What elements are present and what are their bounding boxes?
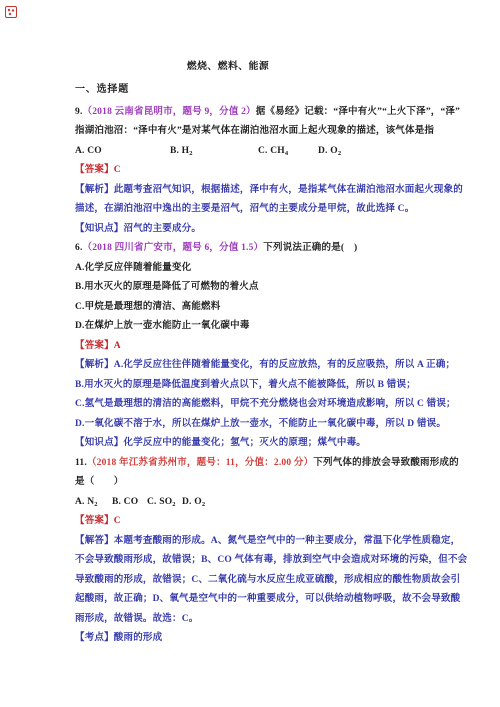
section-heading: 一、选择题 xyxy=(75,80,431,100)
q11-stem: 下列气体的排放会导致酸雨形成的 xyxy=(313,458,459,468)
q9-option-b: B. H2 xyxy=(170,142,258,164)
q6-option-a: A.化学反应伴随着能量变化 xyxy=(75,259,431,279)
q11-option-b: B. CO xyxy=(112,493,147,515)
q11-explanation-line: 导致酸雨的形成，故错误；C、二氧化硫与水反应生成亚硫酸，形成相应的酸性物质故会引 xyxy=(75,571,431,591)
q11-citation: （2018 年江苏省苏州市，题号：11，分值：2.00 分） xyxy=(87,458,313,468)
q9-options-row: A. COB. H2C. CH4D. O2 xyxy=(75,142,431,162)
q9-knowledge-point: 【知识点】沼气的主要成分。 xyxy=(75,220,431,240)
q11-explanation-line: 【解答】本题考查酸雨的形成。A、氮气是空气中的一种主要成分，常温下化学性质稳定， xyxy=(75,532,431,552)
q11-exam-point: 【考点】酸雨的形成 xyxy=(75,629,431,649)
q9-option-c: C. CH4 xyxy=(258,142,318,164)
q9-stem: 据《易经》记载：“泽中有火”“上火下泽”，“泽” xyxy=(256,107,460,117)
q11-option-d: D. O2 xyxy=(182,493,205,515)
q6-analysis-line: D.一氧化碳不溶于水，所以在煤炉上放一壶水，不能防止一氧化碳中毒，所以 D 错误… xyxy=(75,415,431,435)
q9-analysis-line: 描述，在湖泊池沼中逸出的主要是沼气，沼气的主要成分是甲烷，故此选择 C。 xyxy=(75,200,431,220)
q11-explanation-line: 起酸雨，故正确；D、氧气是空气中的一种重要成分，可以供给动植物呼吸，故不会导致酸 xyxy=(75,590,431,610)
q9-stem-line-2: 指湖泊池沼：“泽中有火”是对某气体在湖泊池沼水面上起火现象的描述，该气体是指 xyxy=(75,122,431,142)
q9-option-d: D. O2 xyxy=(318,142,341,164)
q11-option-a: A. N2 xyxy=(75,493,112,515)
page-title: 燃烧、燃料、能源 xyxy=(75,57,431,77)
q6-option-b: B.用水灭火的原理是降低了可燃物的着火点 xyxy=(75,278,431,298)
q6-answer: 【答案】A xyxy=(75,337,431,357)
q11-explanation-line: 不会导致酸雨形成，故错误；B、CO 气体有毒，排放到空气中会造成对环境的污染，但… xyxy=(75,551,431,571)
q6-citation: （2018 四川省广安市，题号 6，分值 1.5） xyxy=(83,243,264,253)
q6-option-c: C.甲烷是最理想的清洁、高能燃料 xyxy=(75,298,431,318)
q6-knowledge-point: 【知识点】化学反应中的能量变化；氢气；灭火的原理；煤气中毒。 xyxy=(75,434,431,454)
q9-analysis-line: 【解析】此题考查沼气知识，根据描述，泽中有火，是指某气体在湖泊池沼水面起火现象的 xyxy=(75,181,431,201)
q6-analysis-line: C.氢气是最理想的清洁的高能燃料，甲烷不充分燃烧也会对环境造成影响，所以 C 错… xyxy=(75,395,431,415)
q6-option-d: D.在煤炉上放一壶水能防止一氧化碳中毒 xyxy=(75,317,431,337)
q6-analysis-line: B.用水灭火的原理是降低温度到着火点以下，着火点不能被降低，所以 B 错误； xyxy=(75,376,431,396)
corner-stamp-icon xyxy=(5,6,17,18)
document-content: 燃烧、燃料、能源 一、选择题 9.（2018 云南省昆明市，题号 9，分值 2）… xyxy=(0,0,431,649)
q11-stem-line-2: 是（ ） xyxy=(75,473,431,493)
q9-citation: （2018 云南省昆明市，题号 9，分值 2） xyxy=(83,107,256,117)
q6-number: 6. xyxy=(75,243,83,253)
q9-number: 9. xyxy=(75,107,83,117)
q11-stem-line-1: 11.（2018 年江苏省苏州市，题号：11，分值：2.00 分）下列气体的排放… xyxy=(75,454,431,474)
q6-stem-line: 6.（2018 四川省广安市，题号 6，分值 1.5）下列说法正确的是( ) xyxy=(75,239,431,259)
q11-option-c: C. SO2 xyxy=(147,493,182,515)
q11-options-row: A. N2B. COC. SO2D. O2 xyxy=(75,493,431,513)
q9-option-a: A. CO xyxy=(75,142,170,164)
document-page: 燃烧、燃料、能源 一、选择题 9.（2018 云南省昆明市，题号 9，分值 2）… xyxy=(0,0,500,707)
q6-analysis-line: 【解析】A.化学反应往往伴随着能量变化，有的反应放热，有的反应吸热，所以 A 正… xyxy=(75,356,431,376)
q11-answer: 【答案】C xyxy=(75,512,431,532)
q11-number: 11. xyxy=(75,458,87,468)
q9-answer: 【答案】C xyxy=(75,161,431,181)
q6-stem: 下列说法正确的是( ) xyxy=(263,243,357,253)
q11-explanation-line: 雨形成，故错误。故选：C。 xyxy=(75,610,431,630)
q9-stem-line-1: 9.（2018 云南省昆明市，题号 9，分值 2）据《易经》记载：“泽中有火”“… xyxy=(75,103,431,123)
